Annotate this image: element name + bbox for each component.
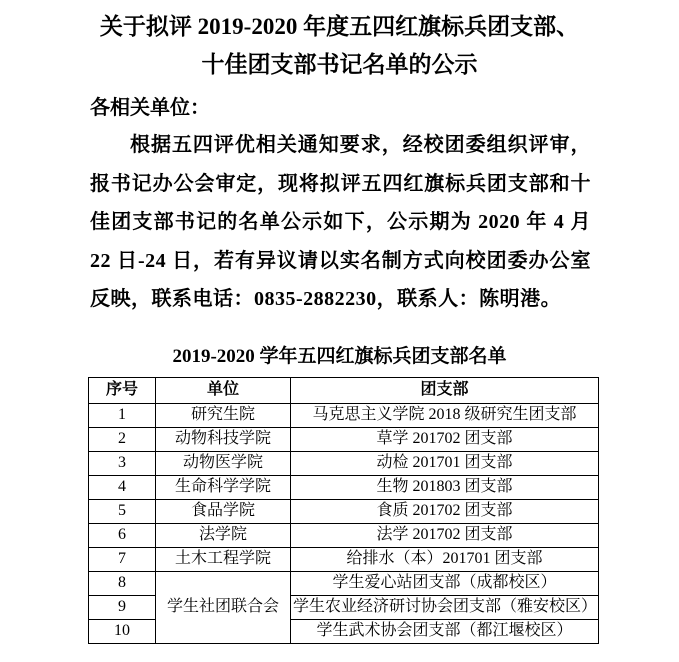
cell-branch: 生物 201803 团支部 — [291, 475, 599, 499]
document-title-line2: 十佳团支部书记名单的公示 — [55, 46, 624, 84]
table-row: 6 法学院 法学 201702 团支部 — [89, 523, 599, 547]
cell-no: 6 — [89, 523, 156, 547]
notice-page: 关于拟评 2019-2020 年度五四红旗标兵团支部、 十佳团支部书记名单的公示… — [0, 0, 679, 662]
cell-branch: 马克思主义学院 2018 级研究生团支部 — [291, 403, 599, 427]
cell-no: 2 — [89, 427, 156, 451]
cell-unit: 法学院 — [156, 523, 291, 547]
table-row: 5 食品学院 食质 201702 团支部 — [89, 499, 599, 523]
table-row: 2 动物科技学院 草学 201702 团支部 — [89, 427, 599, 451]
header-cell-no: 序号 — [89, 377, 156, 403]
cell-no: 8 — [89, 571, 156, 595]
table-row: 3 动物医学院 动检 201701 团支部 — [89, 451, 599, 475]
roster-table: 序号 单位 团支部 1 研究生院 马克思主义学院 2018 级研究生团支部 2 … — [88, 377, 599, 644]
document-title: 关于拟评 2019-2020 年度五四红旗标兵团支部、 十佳团支部书记名单的公示 — [55, 8, 624, 84]
cell-no: 1 — [89, 403, 156, 427]
table-header-row: 序号 单位 团支部 — [89, 377, 599, 403]
cell-branch: 给排水（本）201701 团支部 — [291, 547, 599, 571]
table-row: 7 土木工程学院 给排水（本）201701 团支部 — [89, 547, 599, 571]
cell-no: 3 — [89, 451, 156, 475]
cell-branch: 学生爱心站团支部（成都校区） — [291, 571, 599, 595]
cell-unit: 食品学院 — [156, 499, 291, 523]
cell-unit-merged: 学生社团联合会 — [156, 571, 291, 643]
cell-no: 5 — [89, 499, 156, 523]
cell-unit: 土木工程学院 — [156, 547, 291, 571]
document-title-line1: 关于拟评 2019-2020 年度五四红旗标兵团支部、 — [55, 8, 624, 46]
cell-branch: 学生农业经济研讨协会团支部（雅安校区） — [291, 595, 599, 619]
cell-branch: 草学 201702 团支部 — [291, 427, 599, 451]
salutation: 各相关单位： — [90, 90, 679, 126]
cell-no: 4 — [89, 475, 156, 499]
table-row: 1 研究生院 马克思主义学院 2018 级研究生团支部 — [89, 403, 599, 427]
cell-no: 9 — [89, 595, 156, 619]
table-row: 8 学生社团联合会 学生爱心站团支部（成都校区） — [89, 571, 599, 595]
header-cell-unit: 单位 — [156, 377, 291, 403]
cell-branch: 食质 201702 团支部 — [291, 499, 599, 523]
header-cell-branch: 团支部 — [291, 377, 599, 403]
cell-branch: 动检 201701 团支部 — [291, 451, 599, 475]
cell-unit: 动物科技学院 — [156, 427, 291, 451]
cell-unit: 研究生院 — [156, 403, 291, 427]
table-title: 2019-2020 学年五四红旗标兵团支部名单 — [0, 345, 679, 369]
table-row: 4 生命科学学院 生物 201803 团支部 — [89, 475, 599, 499]
cell-branch: 法学 201702 团支部 — [291, 523, 599, 547]
cell-branch: 学生武术协会团支部（都江堰校区） — [291, 619, 599, 643]
body-paragraph: 根据五四评优相关通知要求，经校团委组织评审，报书记办公会审定，现将拟评五四红旗标… — [90, 126, 591, 319]
cell-unit: 动物医学院 — [156, 451, 291, 475]
cell-no: 7 — [89, 547, 156, 571]
cell-unit: 生命科学学院 — [156, 475, 291, 499]
cell-no: 10 — [89, 619, 156, 643]
